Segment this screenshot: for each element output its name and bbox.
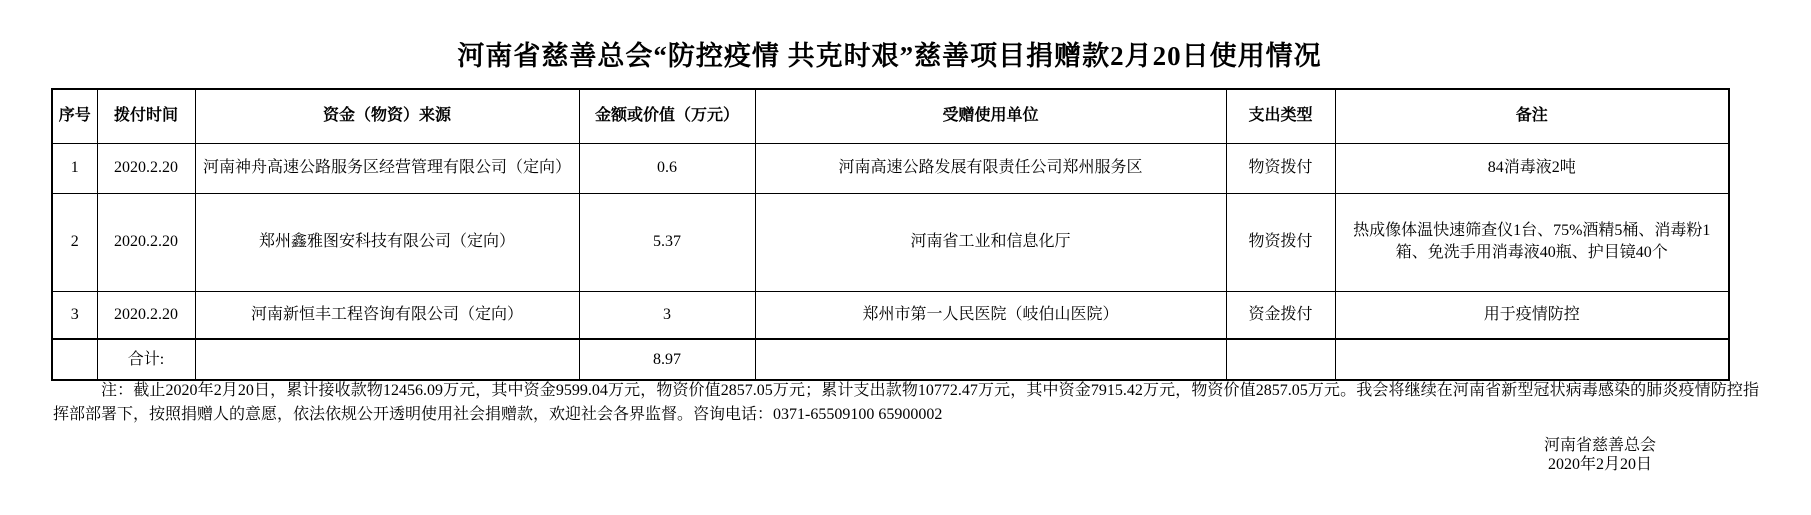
col-header-remarks: 备注 — [1335, 89, 1729, 143]
cell-empty — [1335, 339, 1729, 380]
signature-date: 2020年2月20日 — [1490, 455, 1710, 474]
cell-remarks: 84消毒液2吨 — [1335, 143, 1729, 193]
col-header-recipient: 受赠使用单位 — [755, 89, 1226, 143]
col-header-index: 序号 — [52, 89, 97, 143]
cell-remarks: 用于疫情防控 — [1335, 291, 1729, 339]
cell-empty — [195, 339, 579, 380]
cell-pay-date: 2020.2.20 — [97, 291, 195, 339]
cell-recipient: 河南省工业和信息化厅 — [755, 193, 1226, 291]
cell-empty — [52, 339, 97, 380]
table-row: 2 2020.2.20 郑州鑫雅图安科技有限公司（定向） 5.37 河南省工业和… — [52, 193, 1729, 291]
signature-org: 河南省慈善总会 — [1490, 436, 1710, 455]
col-header-pay-date: 拨付时间 — [97, 89, 195, 143]
cell-amount: 5.37 — [579, 193, 755, 291]
cell-index: 3 — [52, 291, 97, 339]
cell-amount: 3 — [579, 291, 755, 339]
cell-fund-source: 郑州鑫雅图安科技有限公司（定向） — [195, 193, 579, 291]
cell-total-label: 合计: — [97, 339, 195, 380]
cell-remarks: 热成像体温快速筛查仪1台、75%酒精5桶、消毒粉1箱、免洗手用消毒液40瓶、护目… — [1335, 193, 1729, 291]
cell-index: 2 — [52, 193, 97, 291]
cell-amount: 0.6 — [579, 143, 755, 193]
col-header-amount: 金额或价值（万元） — [579, 89, 755, 143]
cell-recipient: 河南高速公路发展有限责任公司郑州服务区 — [755, 143, 1226, 193]
cell-fund-source: 河南新恒丰工程咨询有限公司（定向） — [195, 291, 579, 339]
page-title: 河南省慈善总会“防控疫情 共克时艰”慈善项目捐赠款2月20日使用情况 — [51, 34, 1728, 73]
col-header-fund-source: 资金（物资）来源 — [195, 89, 579, 143]
cell-recipient: 郑州市第一人民医院（岐伯山医院） — [755, 291, 1226, 339]
table-header-row: 序号 拨付时间 资金（物资）来源 金额或价值（万元） 受赠使用单位 支出类型 备… — [52, 89, 1729, 143]
cell-index: 1 — [52, 143, 97, 193]
col-header-expense-type: 支出类型 — [1226, 89, 1335, 143]
cell-expense-type: 物资拨付 — [1226, 193, 1335, 291]
cell-empty — [1226, 339, 1335, 380]
table-total-row: 合计: 8.97 — [52, 339, 1729, 380]
signature-block: 河南省慈善总会 2020年2月20日 — [1490, 436, 1710, 474]
document-page: 河南省慈善总会“防控疫情 共克时艰”慈善项目捐赠款2月20日使用情况 序号 拨付… — [0, 0, 1811, 515]
table-row: 1 2020.2.20 河南神舟高速公路服务区经营管理有限公司（定向） 0.6 … — [52, 143, 1729, 193]
cell-pay-date: 2020.2.20 — [97, 193, 195, 291]
cell-expense-type: 资金拨付 — [1226, 291, 1335, 339]
cell-expense-type: 物资拨付 — [1226, 143, 1335, 193]
donation-usage-table: 序号 拨付时间 资金（物资）来源 金额或价值（万元） 受赠使用单位 支出类型 备… — [51, 88, 1730, 381]
cell-empty — [755, 339, 1226, 380]
cell-total-amount: 8.97 — [579, 339, 755, 380]
cell-pay-date: 2020.2.20 — [97, 143, 195, 193]
cell-fund-source: 河南神舟高速公路服务区经营管理有限公司（定向） — [195, 143, 579, 193]
table-row: 3 2020.2.20 河南新恒丰工程咨询有限公司（定向） 3 郑州市第一人民医… — [52, 291, 1729, 339]
footnote: 注：截止2020年2月20日，累计接收款物12456.09万元，其中资金9599… — [53, 379, 1759, 427]
